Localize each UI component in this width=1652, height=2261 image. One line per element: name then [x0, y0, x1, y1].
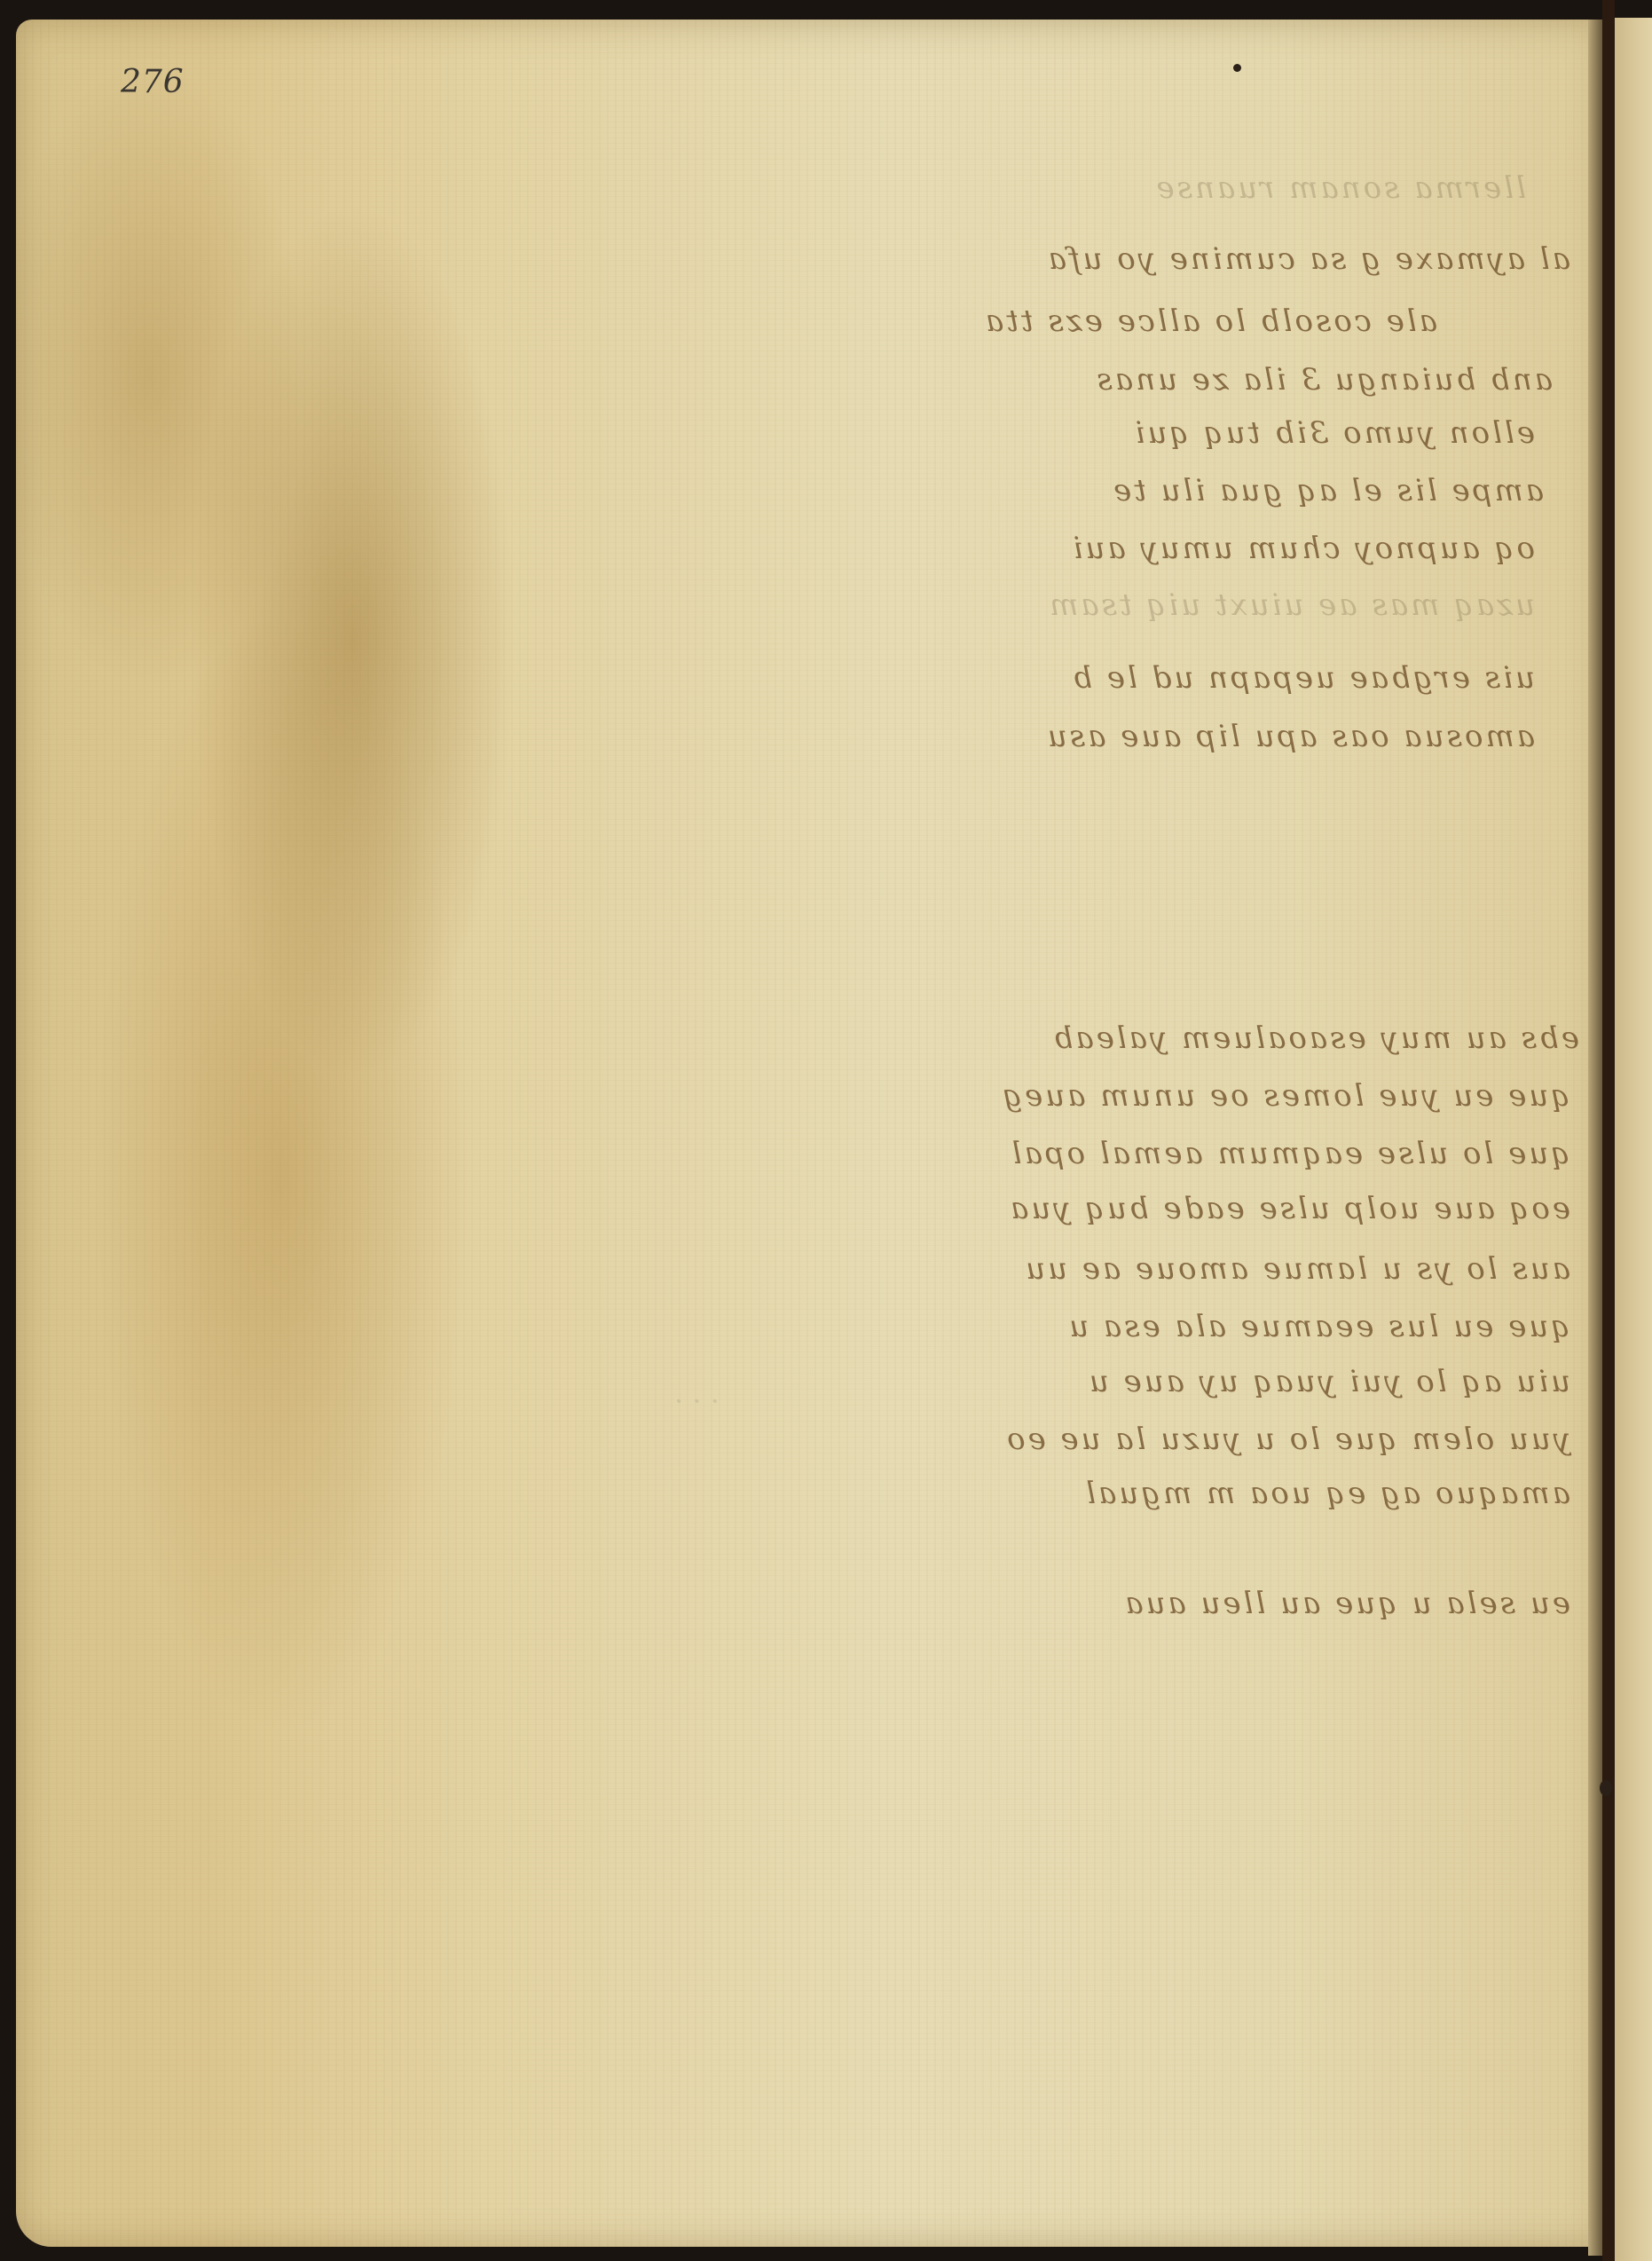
folio-number: 276 [121, 64, 185, 100]
text-line: ampe lis el aq gua ilu te [603, 473, 1544, 508]
text-line: llerma sonam ruanse [887, 170, 1526, 206]
text-line: eu sela u que au lleu aua [160, 1586, 1570, 1621]
text-line: ale cosolb lo allce ezs tta [657, 303, 1437, 339]
text-line: que lo ulse eaqmum aemal opal [266, 1136, 1570, 1171]
binding-shadow [1588, 20, 1602, 2256]
text-line: que eu lus eeamue ala esa u [151, 1309, 1570, 1344]
binding-gutter [1602, 0, 1615, 2261]
ink-spot [1600, 1780, 1612, 1796]
text-line: al aymaxe g sa cumine yo ufa [657, 241, 1570, 277]
text-line: uiu aq lo yui yuaq uy aue u [355, 1364, 1570, 1399]
text-line: ellon yumo 3ib tuq qui [603, 415, 1535, 451]
adjacent-page-edge [1615, 18, 1652, 2261]
text-line: amaquo ag eq uoa m mgual [266, 1476, 1570, 1511]
manuscript-page [16, 20, 1604, 2247]
text-line: yuu olem que lo u yuzu la ue eo [355, 1422, 1570, 1457]
ink-spot [1233, 64, 1241, 72]
text-line: uis ergbae uepapn ud le b [515, 660, 1535, 696]
text-line: oq aupnoy chum umuy aui [532, 531, 1535, 566]
text-line: que eu yue lomes oe unum aueg [302, 1078, 1570, 1114]
text-line: ebs au muy esaoaluem yaleab [390, 1020, 1579, 1056]
text-line: anb buiangu 3 ila ze unas [665, 362, 1553, 398]
text-line: uzaq mas ae uiuxt uiq tsam [532, 587, 1535, 623]
text-line: amosua oas apu lip aue asu [515, 719, 1535, 754]
text-line: eoq aue uolp ulse eade buq yua [177, 1191, 1570, 1226]
text-line: aus lo ys u lamue amoue ae uu [142, 1251, 1570, 1287]
